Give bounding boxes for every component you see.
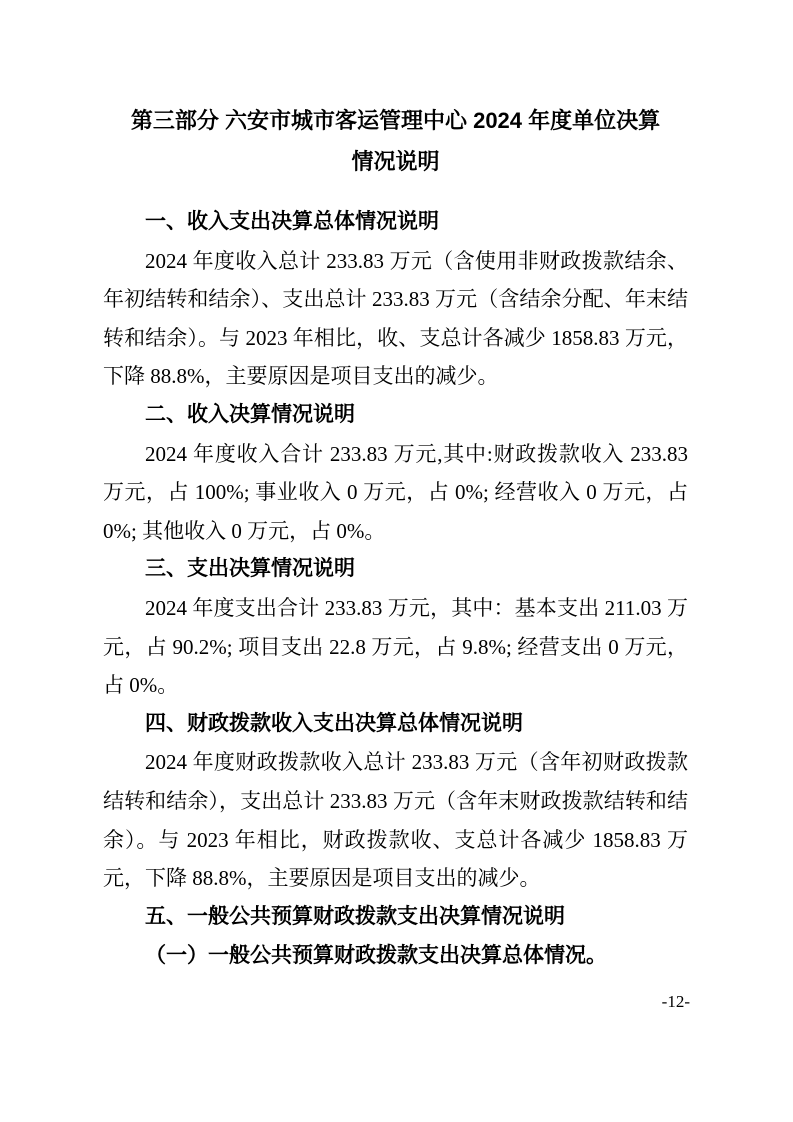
section-5-subheading: （一）一般公共预算财政拨款支出决算总体情况。: [103, 936, 688, 975]
document-title: 第三部分 六安市城市客运管理中心 2024 年度单位决算 情况说明: [103, 100, 688, 182]
document-page: 第三部分 六安市城市客运管理中心 2024 年度单位决算 情况说明 一、收入支出…: [0, 0, 793, 1122]
section-3-heading: 三、支出决算情况说明: [103, 550, 688, 589]
document-title-line1: 第三部分 六安市城市客运管理中心 2024 年度单位决算: [103, 100, 688, 141]
section-5-heading: 五、一般公共预算财政拨款支出决算情况说明: [103, 898, 688, 937]
document-title-line2: 情况说明: [103, 141, 688, 182]
section-2-heading: 二、收入决算情况说明: [103, 396, 688, 435]
page-number: -12-: [662, 992, 690, 1012]
section-1-heading: 一、收入支出决算总体情况说明: [103, 203, 688, 242]
section-4-paragraph: 2024 年度财政拨款收入总计 233.83 万元（含年初财政拨款结转和结余），…: [103, 743, 688, 897]
document-body: 一、收入支出决算总体情况说明 2024 年度收入总计 233.83 万元（含使用…: [103, 203, 688, 975]
section-1-paragraph: 2024 年度收入总计 233.83 万元（含使用非财政拨款结余、年初结转和结余…: [103, 242, 688, 396]
section-4-heading: 四、财政拨款收入支出决算总体情况说明: [103, 705, 688, 744]
section-3-paragraph: 2024 年度支出合计 233.83 万元，其中：基本支出 211.03 万元，…: [103, 589, 688, 705]
section-2-paragraph: 2024 年度收入合计 233.83 万元,其中:财政拨款收入 233.83 万…: [103, 435, 688, 551]
